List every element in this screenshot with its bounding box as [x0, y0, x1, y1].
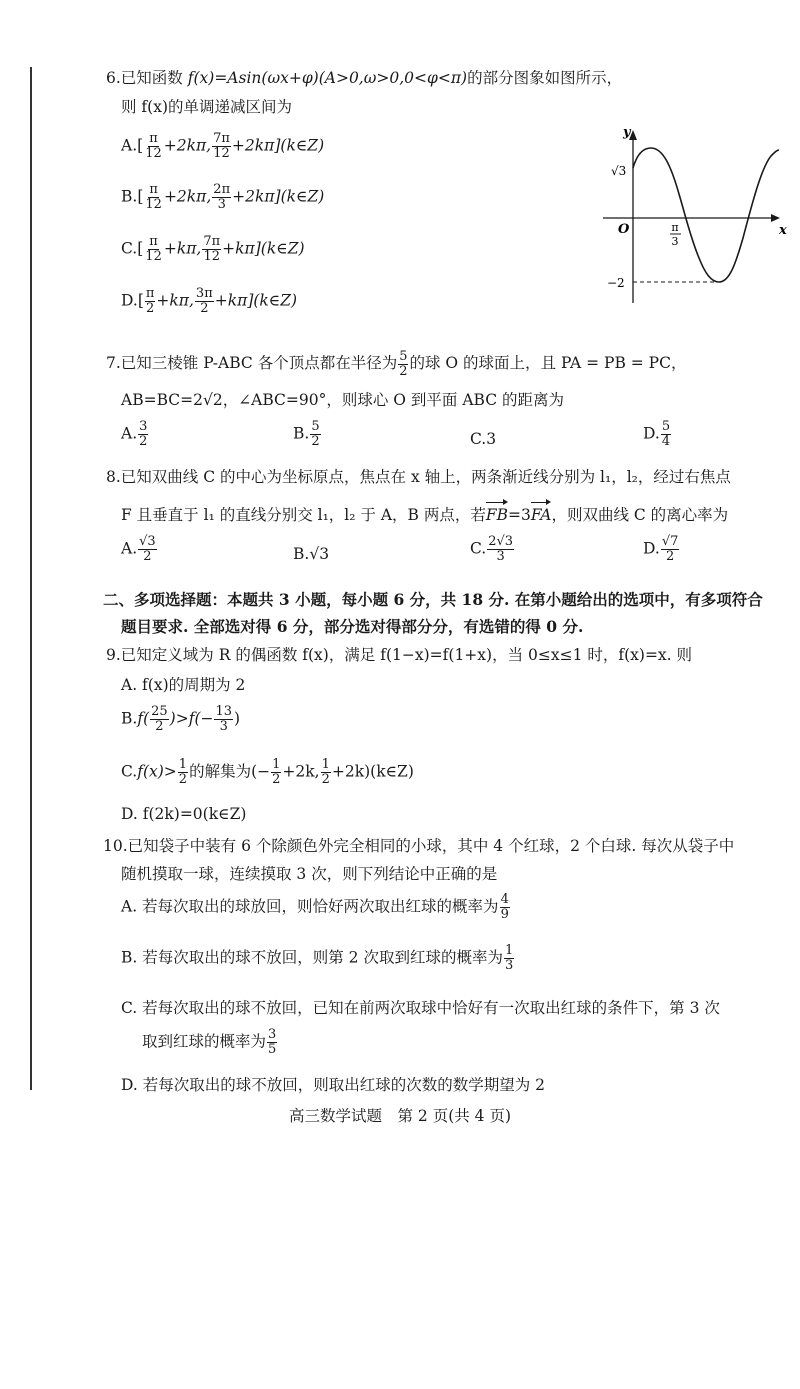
q6-number: 6. [106, 69, 121, 87]
vector-fa: FA [531, 505, 552, 525]
q7-option-a[interactable]: A.32 [121, 420, 149, 449]
q9-option-b[interactable]: B.f(252)>f(−133) [121, 705, 240, 734]
x-axis-label: x [778, 223, 787, 238]
q9-option-c[interactable]: C.f(x)>12的解集为(−12+2k,12+2k)(k∈Z) [121, 758, 414, 787]
section2-heading-line2: 题目要求. 全部选对得 6 分，部分选对得部分分，有选错的得 0 分. [121, 617, 583, 637]
q9-stem: 9.已知定义域为 R 的偶函数 f(x)，满足 f(1−x)=f(1+x)，当 … [106, 645, 692, 665]
q8-option-a[interactable]: A.√32 [121, 535, 158, 564]
q10-stem-line1: 10.已知袋子中装有 6 个除颜色外完全相同的小球，其中 4 个红球，2 个白球… [103, 836, 734, 856]
q6-option-a[interactable]: A.[π12+2kπ,7π12+2kπ](k∈Z) [121, 132, 324, 161]
q7-stem-line1: 7.已知三棱锥 P-ABC 各个顶点都在半径为52的球 O 的球面上，且 PA … [106, 348, 686, 379]
q10-option-c[interactable]: C. 若每次取出的球不放回，已知在前两次取球中恰好有一次取出红球的条件下，第 3… [121, 996, 720, 1057]
q8-option-b[interactable]: B.√3 [293, 545, 329, 563]
q10-stem-line2: 随机摸取一球，连续摸取 3 次，则下列结论中正确的是 [121, 864, 497, 884]
binding-margin-line [30, 67, 32, 1090]
section2-heading-line1: 二、多项选择题：本题共 3 小题，每小题 6 分，共 18 分. 在第小题给出的… [103, 590, 763, 610]
q6-option-c[interactable]: C.[π12+kπ,7π12+kπ](k∈Z) [121, 235, 305, 264]
q10-option-a[interactable]: A. 若每次取出的球放回，则恰好两次取出红球的概率为49 [121, 893, 511, 922]
vector-fb: FB [486, 505, 508, 525]
x-tick-pi: π [671, 221, 678, 234]
q9-option-d[interactable]: D. f(2k)=0(k∈Z) [121, 805, 246, 823]
q8-stem-line1: 8.已知双曲线 C 的中心为坐标原点，焦点在 x 轴上，两条渐近线分别为 l₁，… [106, 467, 731, 487]
q7-option-b[interactable]: B.52 [293, 420, 322, 449]
q10-option-b[interactable]: B. 若每次取出的球不放回，则第 2 次取到红球的概率为13 [121, 944, 515, 973]
q6-formula: f(x)=Asin(ωx+φ)(A>0,ω>0,0<φ<π) [188, 69, 467, 87]
q6-stem-line2: 则 f(x)的单调递减区间为 [121, 97, 292, 117]
y-tick-neg2: −2 [607, 276, 625, 290]
q6-sine-graph: y x O √3 −2 π 3 [595, 118, 795, 308]
q7-stem-line2: AB=BC=2√2，∠ABC=90°，则球心 O 到平面 ABC 的距离为 [121, 390, 564, 410]
y-tick-sqrt3: √3 [611, 164, 626, 178]
q6-option-d[interactable]: D.[π2+kπ,3π2+kπ](k∈Z) [121, 287, 297, 316]
q7-radius-fraction: 52 [398, 350, 408, 379]
q7-option-c[interactable]: C.3 [470, 430, 496, 448]
page-footer: 高三数学试题 第 2 页(共 4 页) [0, 1104, 800, 1126]
q6-stem-line1: 6.已知函数 f(x)=Asin(ωx+φ)(A>0,ω>0,0<φ<π)的部分… [106, 68, 622, 88]
q8-option-c[interactable]: C.2√33 [470, 535, 515, 564]
q9-option-a[interactable]: A. f(x)的周期为 2 [121, 673, 245, 695]
q7-option-d[interactable]: D.54 [643, 420, 672, 449]
x-tick-3: 3 [672, 235, 679, 248]
q8-option-d[interactable]: D.√72 [643, 535, 680, 564]
q8-stem-line2: F 且垂直于 l₁ 的直线分别交 l₁，l₂ 于 A，B 两点，若FB=3FA，… [121, 505, 728, 525]
q6-option-b[interactable]: B.[π12+2kπ,2π3+2kπ](k∈Z) [121, 183, 324, 212]
q10-option-d[interactable]: D. 若每次取出的球不放回，则取出红球的次数的数学期望为 2 [121, 1073, 545, 1095]
origin-label: O [618, 222, 630, 237]
y-axis-label: y [622, 125, 632, 140]
